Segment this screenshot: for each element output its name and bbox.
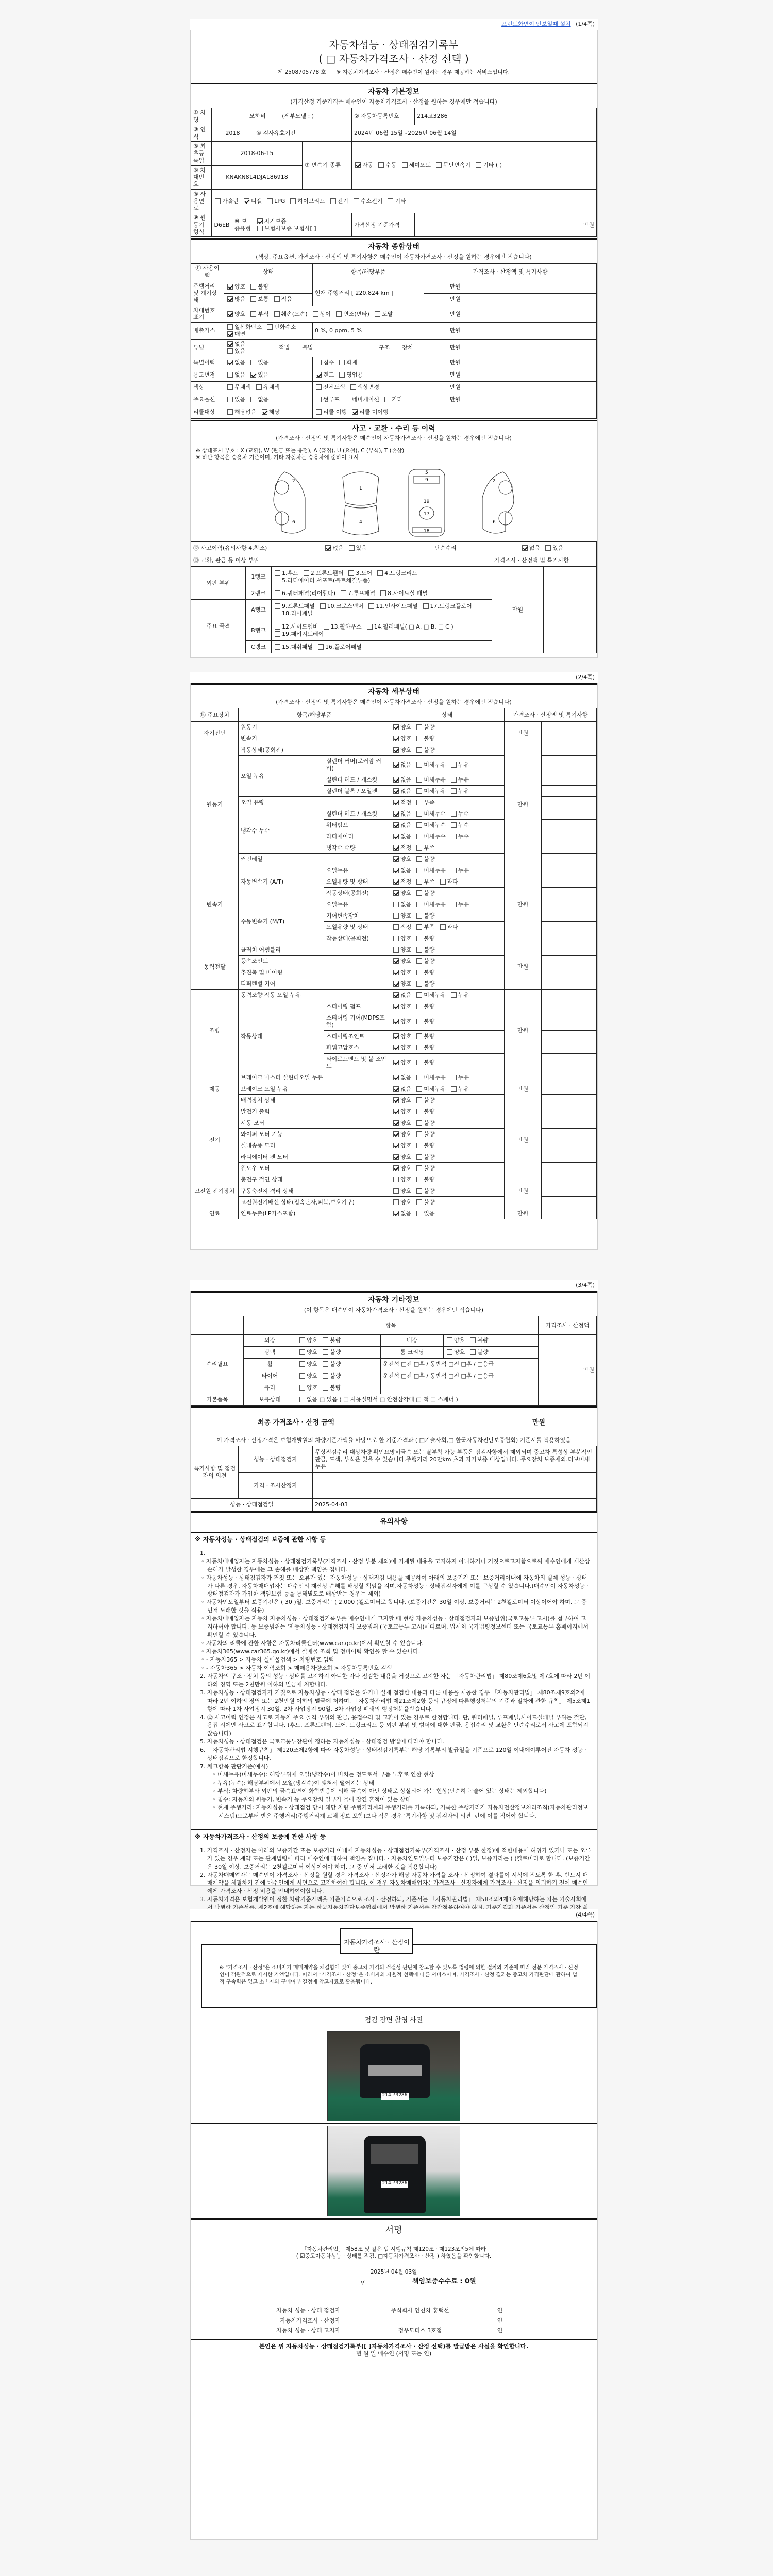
svg-text:6: 6 — [292, 520, 295, 525]
checkbox[interactable] — [393, 1165, 399, 1171]
document-viewer: 프린트화면이 안보일때 설치 (1/4쪽) 자동차성능 · 상태점검기록부 ( … — [0, 0, 773, 2576]
checkbox[interactable] — [275, 631, 280, 637]
checkbox[interactable] — [416, 868, 422, 873]
checkbox[interactable] — [257, 226, 263, 231]
svg-text:18: 18 — [424, 529, 430, 534]
mileage: 현재 주행거리 [ 220,824 km ] — [313, 281, 424, 306]
checkbox[interactable] — [227, 324, 233, 330]
checkbox[interactable] — [416, 811, 422, 817]
checkbox[interactable] — [451, 992, 457, 998]
transmission-options: 자동수동세미오토무단변속기기타 ( ) — [352, 142, 597, 190]
checkbox[interactable] — [323, 1349, 328, 1355]
warranty-fee: 책임보증수수료 : 0원 — [412, 2278, 476, 2286]
checkbox[interactable] — [416, 902, 422, 907]
checkbox[interactable] — [440, 879, 446, 885]
basic-info-title: 자동차 기본정보 — [191, 84, 597, 97]
checkbox[interactable] — [341, 590, 346, 596]
checkbox[interactable] — [250, 397, 256, 402]
checkbox[interactable] — [393, 981, 399, 987]
checkbox[interactable] — [393, 811, 399, 817]
checkbox[interactable] — [393, 868, 399, 873]
checkbox[interactable] — [393, 762, 399, 768]
checkbox[interactable] — [416, 1060, 422, 1065]
checkbox[interactable] — [250, 372, 256, 378]
final-price-row: 최종 가격조사 · 산정 금액만원 — [191, 1408, 597, 1427]
checkbox[interactable] — [262, 409, 267, 415]
checkbox[interactable] — [355, 162, 361, 168]
checkbox[interactable] — [227, 284, 233, 290]
buyer-confirmation: 본인은 위 자동차성능 · 상태점검기록부([ ]자동차가격조사 · 산정 선택… — [191, 2339, 597, 2362]
checkbox[interactable] — [313, 311, 318, 317]
checkbox[interactable] — [393, 1109, 399, 1114]
checkbox[interactable] — [395, 345, 400, 350]
checkbox[interactable] — [227, 311, 233, 317]
checkbox[interactable] — [393, 822, 399, 828]
checkbox[interactable] — [299, 1397, 305, 1402]
checkbox[interactable] — [402, 162, 408, 168]
checkbox[interactable] — [388, 198, 393, 204]
checkbox[interactable] — [275, 578, 280, 583]
checkbox[interactable] — [393, 1154, 399, 1160]
checkbox[interactable] — [393, 724, 399, 730]
checkbox[interactable] — [416, 724, 422, 730]
checkbox[interactable] — [275, 570, 280, 576]
checkbox[interactable] — [274, 311, 280, 317]
checkbox[interactable] — [416, 747, 422, 753]
checkbox[interactable] — [393, 1033, 399, 1039]
checkbox[interactable] — [393, 1097, 399, 1103]
checkbox[interactable] — [416, 777, 422, 783]
checkbox[interactable] — [416, 924, 422, 930]
checkbox[interactable] — [416, 845, 422, 851]
svg-text:19: 19 — [424, 499, 430, 504]
signature-row: 자동차 성능 · 상태 고지자정우모터스 3호점인 — [191, 2326, 597, 2336]
checkbox[interactable] — [416, 788, 422, 794]
checkbox[interactable] — [451, 811, 457, 817]
car-left-side-icon: 26 — [269, 467, 321, 539]
signature-row: 자동차가격조사 · 산정자인 — [191, 2316, 597, 2326]
car-top-icon: 14 — [335, 467, 386, 539]
signature-date: 2025년 04월 03일 — [191, 2260, 597, 2276]
page-1: 자동차성능 · 상태점검기록부 ( □ 자동차가격조사 · 산정 선택 ) 제 … — [190, 30, 598, 658]
checkbox[interactable] — [393, 845, 399, 851]
checkbox[interactable] — [416, 1019, 422, 1024]
svg-text:2: 2 — [292, 479, 295, 484]
checkbox[interactable] — [244, 198, 249, 204]
checkbox[interactable] — [393, 834, 399, 839]
checkbox[interactable] — [367, 624, 373, 630]
warranty-options: 자가보증보험사보증 보험사[ ] — [254, 213, 352, 237]
checkbox[interactable] — [393, 1086, 399, 1092]
overall-status-table: ⑪ 사용이력상태항목/해당부품가격조사 · 산정액 및 특기사항주행거리 및 계… — [191, 263, 597, 419]
checkbox[interactable] — [295, 345, 300, 350]
checkbox[interactable] — [299, 1385, 305, 1391]
remarks-table: 특기사항 및 점검자의 의견 성능 · 상태점검자 무상점검수리 대상차량 확인… — [191, 1446, 597, 1511]
checkbox[interactable] — [393, 1199, 399, 1205]
checkbox[interactable] — [416, 970, 422, 975]
status-legend: ※ 상태표시 부호 : X (교환), W (판금 또는 용접), A (흠집)… — [191, 445, 597, 464]
checkbox[interactable] — [393, 947, 399, 953]
checkbox[interactable] — [393, 902, 399, 907]
checkbox[interactable] — [350, 384, 356, 390]
checkbox[interactable] — [416, 913, 422, 919]
checkbox[interactable] — [436, 162, 442, 168]
checkbox[interactable] — [423, 603, 429, 609]
checkbox[interactable] — [393, 970, 399, 975]
checkbox[interactable] — [256, 384, 262, 390]
checkbox[interactable] — [393, 1004, 399, 1009]
checkbox[interactable] — [330, 198, 336, 204]
checkbox[interactable] — [227, 331, 233, 337]
inspection-date: 2025-04-03 — [313, 1499, 597, 1511]
checkbox[interactable] — [470, 1349, 476, 1355]
checkbox[interactable] — [324, 624, 329, 630]
checkbox[interactable] — [416, 1199, 422, 1205]
checkbox[interactable] — [522, 545, 528, 551]
checkbox[interactable] — [316, 384, 322, 390]
checkbox[interactable] — [372, 345, 377, 350]
checkbox[interactable] — [416, 822, 422, 828]
checkbox[interactable] — [375, 311, 380, 317]
checkbox[interactable] — [393, 913, 399, 919]
svg-text:5: 5 — [425, 470, 428, 476]
checkbox[interactable] — [299, 1361, 305, 1367]
checkbox[interactable] — [451, 902, 457, 907]
checkbox[interactable] — [250, 296, 256, 302]
checkbox[interactable] — [416, 1004, 422, 1009]
checkbox[interactable] — [393, 1019, 399, 1024]
checkbox[interactable] — [393, 890, 399, 896]
appraisal-info-box: 자동차가격조사 · 산정이란 ※ "가격조사 · 산정"은 소비자가 매매계약을… — [191, 1928, 597, 2008]
checkbox[interactable] — [416, 834, 422, 839]
checkbox[interactable] — [416, 1109, 422, 1114]
checkbox[interactable] — [393, 736, 399, 741]
checkbox[interactable] — [393, 1177, 399, 1182]
checkbox[interactable] — [304, 570, 309, 576]
inspector-remark: 무상점검수리 대상차량 확인요망비금속 또는 탈부착 가능 부품은 점검사항에서… — [313, 1446, 597, 1473]
checkbox[interactable] — [447, 1337, 452, 1343]
page1-topbar: 프린트화면이 안보일때 설치 (1/4쪽) — [190, 19, 598, 30]
checkbox[interactable] — [416, 981, 422, 987]
checkbox[interactable] — [275, 644, 280, 650]
basic-info-table: ① 차명 모하비 (세부모델 : ) ② 자동차등록번호 214고3286 ③ … — [191, 108, 597, 237]
checkbox[interactable] — [393, 1060, 399, 1065]
checkbox[interactable] — [227, 372, 233, 378]
checkbox[interactable] — [393, 788, 399, 794]
checkbox[interactable] — [316, 372, 322, 378]
page-3: 자동차 기타정보 (이 항목은 매수인이 자동차가격조사 · 산정을 원하는 경… — [190, 1291, 598, 1886]
checkbox[interactable] — [227, 348, 233, 354]
checkbox[interactable] — [323, 1385, 328, 1391]
checkbox[interactable] — [316, 360, 322, 365]
checkbox[interactable] — [393, 1131, 399, 1137]
checkbox[interactable] — [339, 372, 345, 378]
checkbox[interactable] — [451, 822, 457, 828]
checkbox[interactable] — [440, 924, 446, 930]
checkbox[interactable] — [316, 397, 322, 402]
checkbox[interactable] — [377, 570, 383, 576]
checkbox[interactable] — [416, 762, 422, 768]
page-label: (1/4쪽) — [576, 21, 595, 27]
page-2: 자동차 세부상태 (가격조사 · 산정액 및 특기사항은 매수인이 자동차가격조… — [190, 683, 598, 1250]
svg-text:2: 2 — [493, 479, 496, 484]
checkbox[interactable] — [416, 992, 422, 998]
checkbox[interactable] — [325, 545, 331, 551]
detail-status-table: ⑭ 주요장치항목/해당부품상태가격조사 · 산정액 및 특기사항자기진단원동기양… — [191, 708, 597, 1219]
checkbox[interactable] — [393, 800, 399, 805]
checkbox[interactable] — [451, 1075, 457, 1080]
checkbox[interactable] — [393, 747, 399, 753]
checkbox[interactable] — [227, 296, 233, 302]
checkbox[interactable] — [416, 958, 422, 964]
doc-number-line: 제 2508705778 호 ※ 자동차가격조사 · 산정은 매수인이 원하는 … — [191, 66, 597, 83]
checkbox[interactable] — [352, 409, 358, 415]
checkbox[interactable] — [393, 1045, 399, 1050]
checkbox[interactable] — [227, 397, 233, 402]
checkbox[interactable] — [393, 1143, 399, 1148]
checkbox[interactable] — [447, 1349, 452, 1355]
notices-section-1: 1. 자동차매매업자는 자동차성능 · 상태점검기록부(가격조사 · 산정 부분… — [191, 1547, 597, 1822]
checkbox[interactable] — [416, 1075, 422, 1080]
checkbox[interactable] — [368, 603, 374, 609]
rear-photo: 214고3286 — [327, 2126, 460, 2216]
checkbox[interactable] — [349, 545, 355, 551]
checkbox[interactable] — [393, 958, 399, 964]
checkbox[interactable] — [227, 360, 233, 365]
checkbox[interactable] — [323, 1373, 328, 1379]
svg-text:4: 4 — [359, 520, 362, 525]
checkbox[interactable] — [416, 1131, 422, 1137]
checkbox[interactable] — [227, 341, 233, 347]
checkbox[interactable] — [215, 198, 221, 204]
checkbox[interactable] — [451, 1086, 457, 1092]
checkbox[interactable] — [323, 1361, 328, 1367]
checkbox[interactable] — [299, 1349, 305, 1355]
checkbox[interactable] — [451, 834, 457, 839]
checkbox[interactable] — [416, 736, 422, 741]
other-info-table: 항목가격조사 · 산정액수리필요외장양호불량내장양호불량만원광택양호불량룸 크리… — [191, 1316, 597, 1406]
checkbox[interactable] — [393, 1120, 399, 1126]
checkbox[interactable] — [257, 218, 263, 224]
checkbox[interactable] — [227, 384, 233, 390]
checkbox[interactable] — [416, 1120, 422, 1126]
checkbox[interactable] — [416, 1086, 422, 1092]
checkbox[interactable] — [318, 644, 324, 650]
checkbox[interactable] — [451, 762, 457, 768]
car-parts-diagram: 26 14 59171819 26 — [191, 464, 597, 541]
checkbox[interactable] — [323, 1337, 328, 1343]
checkbox[interactable] — [416, 936, 422, 941]
checkbox[interactable] — [384, 397, 390, 402]
reg-no: 214고3286 — [415, 108, 597, 125]
checkbox[interactable] — [354, 198, 359, 204]
svg-text:9: 9 — [425, 478, 428, 483]
checkbox[interactable] — [336, 311, 342, 317]
checkbox[interactable] — [416, 879, 422, 885]
checkbox[interactable] — [416, 1188, 422, 1194]
checkbox[interactable] — [393, 777, 399, 783]
checkbox[interactable] — [378, 162, 384, 168]
checkbox[interactable] — [416, 1154, 422, 1160]
checkbox[interactable] — [339, 360, 345, 365]
checkbox[interactable] — [250, 284, 256, 290]
front-photo: 214고3286 — [327, 2031, 460, 2121]
checkbox[interactable] — [380, 590, 386, 596]
checkbox[interactable] — [476, 162, 481, 168]
checkbox[interactable] — [267, 198, 273, 204]
checkbox[interactable] — [393, 856, 399, 862]
checkbox[interactable] — [290, 198, 296, 204]
checkbox[interactable] — [416, 800, 422, 805]
checkbox[interactable] — [451, 788, 457, 794]
signature-row: 자동차 성능 · 상태 점검자주식회사 인천차 홍택선인 — [191, 2306, 597, 2316]
checkbox[interactable] — [451, 777, 457, 783]
checkbox[interactable] — [416, 1211, 422, 1216]
svg-text:1: 1 — [359, 486, 362, 492]
checkbox[interactable] — [416, 1177, 422, 1182]
checkbox[interactable] — [545, 545, 551, 551]
checkbox[interactable] — [393, 879, 399, 885]
checkbox[interactable] — [416, 1045, 422, 1050]
page3-topbar: (3/4쪽) — [190, 1280, 598, 1291]
checkbox[interactable] — [274, 296, 280, 302]
checkbox[interactable] — [451, 868, 457, 873]
page2-topbar: (2/4쪽) — [190, 672, 598, 683]
vin: KNAKN814DJA186918 — [212, 165, 303, 189]
checkbox[interactable] — [393, 1188, 399, 1194]
checkbox[interactable] — [267, 324, 273, 330]
checkbox[interactable] — [348, 570, 354, 576]
checkbox[interactable] — [227, 409, 233, 415]
accident-history-table: ⑫ 사고이력(유의사항 4.참조)없음있음단순수리없음있음⑬ 교환, 판금 등 … — [191, 541, 597, 653]
checkbox[interactable] — [299, 1337, 305, 1343]
checkbox[interactable] — [416, 1033, 422, 1039]
checkbox[interactable] — [275, 603, 280, 609]
checkbox[interactable] — [250, 311, 256, 317]
checkbox[interactable] — [393, 1075, 399, 1080]
checkbox[interactable] — [416, 947, 422, 953]
page-4: 자동차가격조사 · 산정이란 ※ "가격조사 · 산정"은 소비자가 매매계약을… — [190, 1921, 598, 2540]
checkbox[interactable] — [272, 345, 277, 350]
checkbox[interactable] — [416, 1143, 422, 1148]
doc-title: 자동차성능 · 상태점검기록부 ( □ 자동차가격조사 · 산정 선택 ) — [191, 30, 597, 66]
checkbox[interactable] — [416, 856, 422, 862]
print-install-link[interactable]: 프린트화면이 안보일때 설치 — [501, 21, 571, 27]
checkbox[interactable] — [393, 992, 399, 998]
fuel-options: 가솔린디젤LPG하이브리드전기수소전기기타 — [212, 189, 597, 213]
checkbox[interactable] — [275, 590, 280, 596]
checkbox[interactable] — [416, 1165, 422, 1171]
car-right-side-icon: 26 — [467, 467, 518, 539]
checkbox[interactable] — [393, 936, 399, 941]
checkbox[interactable] — [316, 409, 322, 415]
svg-text:17: 17 — [424, 512, 429, 517]
checkbox[interactable] — [320, 603, 326, 609]
checkbox[interactable] — [275, 624, 280, 630]
page4-topbar: (4/4쪽) — [190, 1909, 598, 1921]
checkbox[interactable] — [416, 890, 422, 896]
checkbox[interactable] — [470, 1337, 476, 1343]
svg-text:6: 6 — [493, 520, 496, 525]
checkbox[interactable] — [299, 1373, 305, 1379]
checkbox[interactable] — [393, 924, 399, 930]
checkbox[interactable] — [393, 1211, 399, 1216]
checkbox[interactable] — [416, 1097, 422, 1103]
signature-rows: 자동차 성능 · 상태 점검자주식회사 인천차 홍택선인자동차가격조사 · 산정… — [191, 2296, 597, 2336]
checkbox[interactable] — [275, 611, 280, 616]
checkbox[interactable] — [250, 360, 256, 365]
car-front-rear-icon: 59171819 — [401, 467, 452, 539]
checkbox[interactable] — [345, 397, 350, 402]
